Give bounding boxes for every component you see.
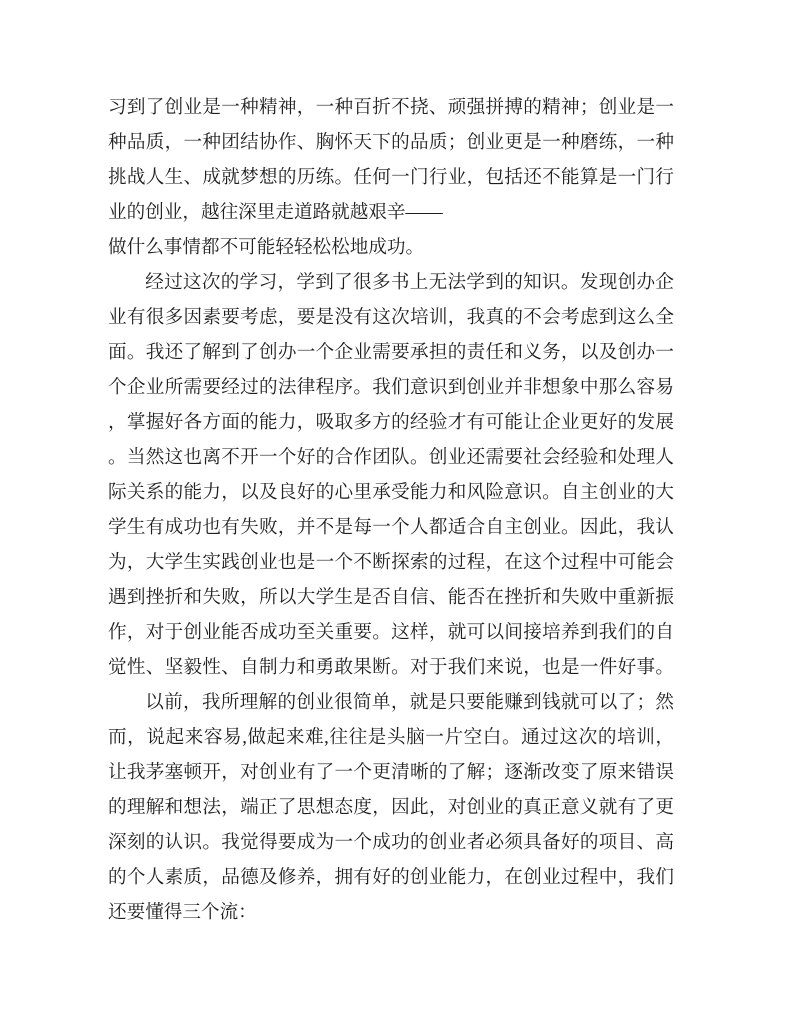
text-line: 。当然这也离不开一个好的合作团队。创业还需要社会经验和处理人	[108, 440, 674, 475]
text-line: 作，对于创业能否成功至关重要。这样，就可以间接培养到我们的自	[108, 615, 674, 650]
text-line: 还要懂得三个流：	[108, 895, 674, 930]
text-line: 个企业所需要经过的法律程序。我们意识到创业并非想象中那么容易	[108, 370, 674, 405]
text-line: 深刻的认识。我觉得要成为一个成功的创业者必须具备好的项目、高	[108, 825, 674, 860]
paragraph: 经过这次的学习，学到了很多书上无法学到的知识。发现创办企 业有很多因素要考虑，要…	[108, 265, 674, 685]
paragraph: 习到了创业是一种精神，一种百折不挠、顽强拼搏的精神；创业是一 种品质，一种团结协…	[108, 90, 674, 265]
text-line: 以前，我所理解的创业很简单，就是只要能赚到钱就可以了；然	[108, 685, 674, 720]
text-line: 遇到挫折和失败，所以大学生是否自信、能否在挫折和失败中重新振	[108, 580, 674, 615]
text-line: 让我茅塞顿开，对创业有了一个更清晰的了解；逐渐改变了原来错误	[108, 755, 674, 790]
text-line: 觉性、坚毅性、自制力和勇敢果断。对于我们来说，也是一件好事。	[108, 650, 674, 685]
text-line: 际关系的能力，以及良好的心里承受能力和风险意识。自主创业的大	[108, 475, 674, 510]
text-line: 而，说起来容易,做起来难,往往是头脑一片空白。通过这次的培训，	[108, 720, 674, 755]
text-line: 种品质，一种团结协作、胸怀天下的品质；创业更是一种磨练，一种	[108, 125, 674, 160]
document-page: 习到了创业是一种精神，一种百折不挠、顽强拼搏的精神；创业是一 种品质，一种团结协…	[0, 0, 792, 1025]
text-line: 经过这次的学习，学到了很多书上无法学到的知识。发现创办企	[108, 265, 674, 300]
text-line: 的理解和想法，端正了思想态度，因此，对创业的真正意义就有了更	[108, 790, 674, 825]
text-line: 习到了创业是一种精神，一种百折不挠、顽强拼搏的精神；创业是一	[108, 90, 674, 125]
text-line: 为，大学生实践创业也是一个不断探索的过程，在这个过程中可能会	[108, 545, 674, 580]
text-line: 的个人素质，品德及修养，拥有好的创业能力，在创业过程中，我们	[108, 860, 674, 895]
text-line: 业的创业，越往深里走道路就越艰辛——	[108, 195, 674, 230]
document-text-block: 习到了创业是一种精神，一种百折不挠、顽强拼搏的精神；创业是一 种品质，一种团结协…	[108, 90, 674, 930]
paragraph: 以前，我所理解的创业很简单，就是只要能赚到钱就可以了；然 而，说起来容易,做起来…	[108, 685, 674, 930]
text-line: 挑战人生、成就梦想的历练。任何一门行业，包括还不能算是一门行	[108, 160, 674, 195]
text-line: ，掌握好各方面的能力，吸取多方的经验才有可能让企业更好的发展	[108, 405, 674, 440]
text-line: 面。我还了解到了创办一个企业需要承担的责任和义务，以及创办一	[108, 335, 674, 370]
text-line: 做什么事情都不可能轻轻松松地成功。	[108, 230, 674, 265]
text-line: 学生有成功也有失败，并不是每一个人都适合自主创业。因此，我认	[108, 510, 674, 545]
text-line: 业有很多因素要考虑，要是没有这次培训，我真的不会考虑到这么全	[108, 300, 674, 335]
